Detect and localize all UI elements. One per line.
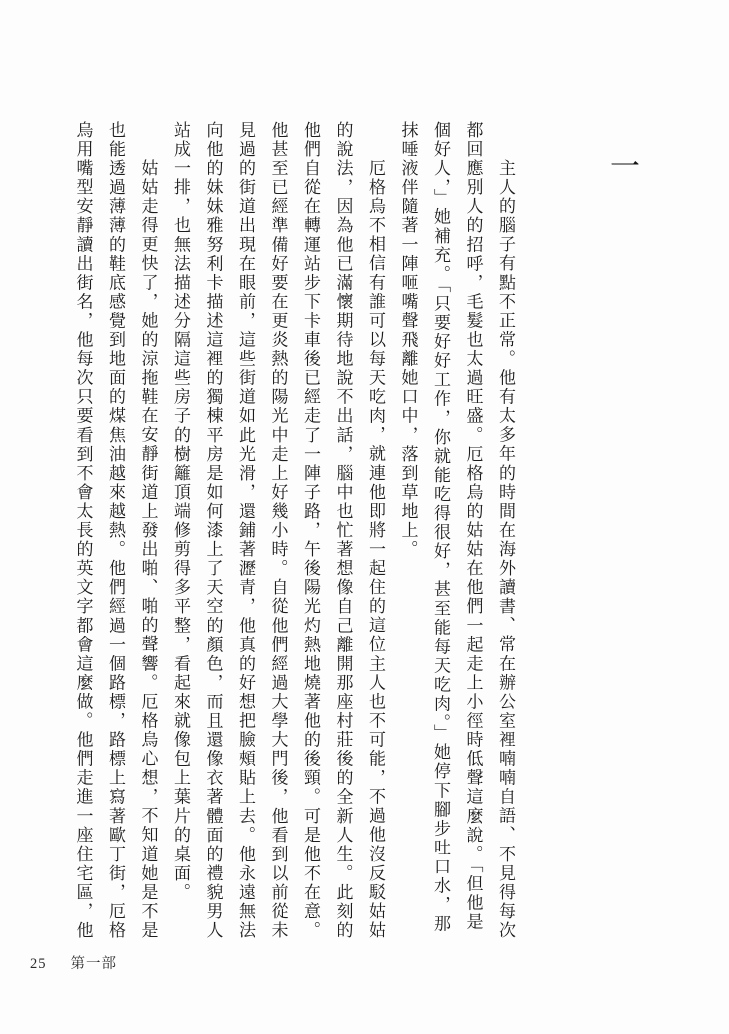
paragraph-3: 姑姑走得更快了，她的涼拖鞋在安靜街道上發出啪、啪的聲響。厄格烏心想，不知道她是不… (66, 121, 164, 941)
chapter-number: 一 (601, 150, 641, 182)
paragraph-2: 厄格烏不相信有誰可以每天吃肉，就連他即將一起住的這位主人也不可能，不過他沒反駁姑… (164, 121, 392, 941)
paragraph-1: 主人的腦子有點不正常。他有太多年的時間在海外讀書、常在辦公室裡喃喃自語、不見得每… (391, 121, 521, 941)
page-footer: 25 第一部 (30, 952, 117, 973)
book-page: 一 主人的腦子有點不正常。他有太多年的時間在海外讀書、常在辦公室裡喃喃自語、不見… (0, 0, 729, 1034)
page-number: 25 (30, 956, 47, 973)
section-title: 第一部 (71, 952, 118, 973)
body-text: 主人的腦子有點不正常。他有太多年的時間在海外讀書、常在辦公室裡喃喃自語、不見得每… (66, 121, 521, 941)
